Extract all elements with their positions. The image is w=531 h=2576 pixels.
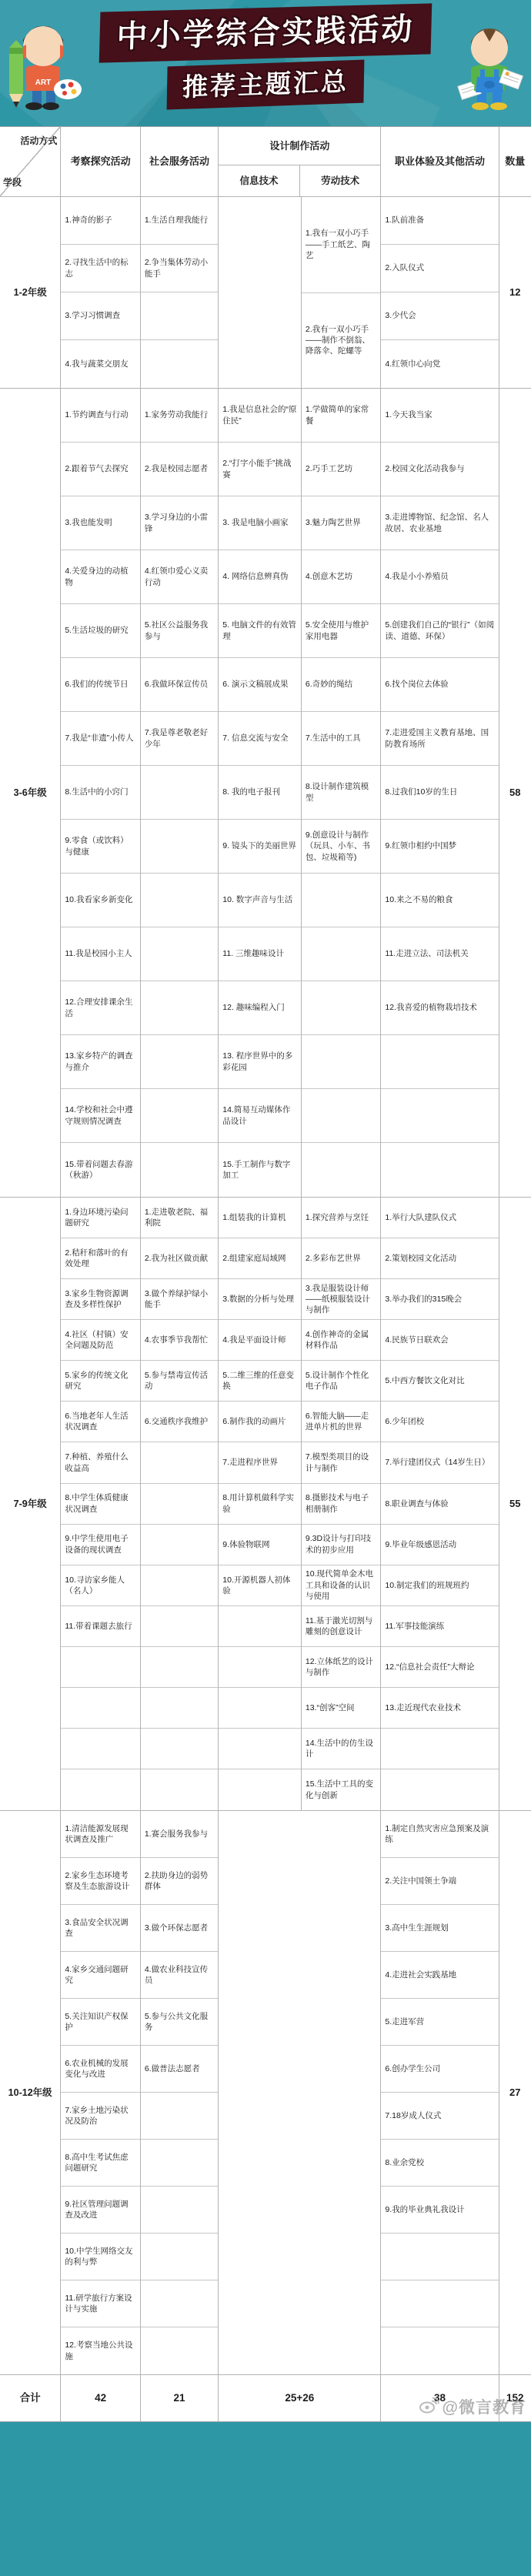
column-career: 1.今天我当家2.校园文化活动我参与3.走进博物馆、纪念馆、名人故居、农业基地4…: [381, 389, 499, 1197]
page: { "banner": { "title_line1": "中小学综合实践活动"…: [0, 0, 531, 2422]
topic-cell: 14.生活中的仿生设计: [302, 1729, 381, 1769]
banner-title-line2: 推荐主题汇总: [167, 59, 365, 109]
empty-cell: [381, 1729, 498, 1769]
topic-cell: 4.民族节日联欢会: [381, 1320, 498, 1361]
column-investigation: 1.神奇的影子2.寻找生活中的标志3.学习习惯调查4.我与蔬菜交朋友: [61, 197, 141, 388]
topic-cell: 2.关注中国领土争端: [381, 1858, 498, 1905]
topic-cell: 1.学做简单的家常餐: [302, 389, 381, 443]
topic-cell: 8.设计制作建筑模型: [302, 766, 381, 820]
header-service: 社会服务活动: [141, 127, 219, 196]
total-investigation: 42: [61, 2375, 141, 2421]
grade-band-label: 3-6年级: [0, 389, 61, 1197]
empty-cell: [141, 766, 218, 820]
topic-cell: 4.我是小小养殖员: [381, 550, 498, 604]
topic-cell: 12.合理安排课余生活: [61, 981, 140, 1035]
topic-cell: 4.红领巾爱心义卖行动: [141, 550, 218, 604]
topic-cell: 7.种植、养殖什么收益高: [61, 1442, 140, 1483]
empty-cell: [302, 1143, 381, 1197]
topic-cell: 6.制作我的动画片: [219, 1402, 301, 1442]
topic-cell: 10.中学生网络交友的利与弊: [61, 2234, 140, 2280]
topic-cell: 10.现代简单金木电工具和设备的认识与使用: [302, 1565, 381, 1606]
topic-cell: 2.多彩布艺世界: [302, 1238, 381, 1279]
empty-cell: [381, 1035, 498, 1089]
topic-cell: 2.寻找生活中的标志: [61, 245, 140, 292]
band-quantity: 58: [499, 389, 531, 1197]
empty-cell: [381, 2327, 498, 2374]
banner-title-line1: 中小学综合实践活动: [99, 3, 432, 62]
topic-cell: 13. 程序世界中的多彩花园: [219, 1035, 301, 1089]
empty-cell: [381, 1769, 498, 1810]
table-body: 1-2年级1.神奇的影子2.寻找生活中的标志3.学习习惯调查4.我与蔬菜交朋友1…: [0, 197, 531, 2375]
grade-band: 7-9年级1.身边环境污染问题研究2.秸秆和落叶的有效处理3.家乡生物资源调查及…: [0, 1198, 531, 1811]
topic-cell: 8. 我的电子报刊: [219, 766, 301, 820]
empty-cell: [302, 981, 381, 1035]
header-investigation: 考察探究活动: [61, 127, 141, 196]
topic-cell: 6.奇妙的绳结: [302, 658, 381, 712]
topic-cell: 4.社区（村镇）安全问题及防范: [61, 1320, 140, 1361]
empty-cell: [219, 1647, 301, 1688]
empty-cell: [219, 197, 301, 388]
topic-cell: 12.立体纸艺的设计与制作: [302, 1647, 381, 1688]
topic-cell: 7.18岁成人仪式: [381, 2093, 498, 2140]
topic-cell: 2.争当集体劳动小能手: [141, 245, 218, 292]
table-header: 活动方式 学段 考察探究活动 社会服务活动 设计制作活动 信息技术 劳动技术 职…: [0, 127, 531, 197]
topic-cell: 9.社区管理问题调查及改进: [61, 2187, 140, 2234]
topic-cell: 3.高中生生涯规划: [381, 1905, 498, 1952]
topic-cell: 3.我是服装设计师——纸模服装设计与制作: [302, 1279, 381, 1320]
grade-band: 3-6年级1.节约调查与行动2.跟着节气去探究3.我也能发明4.关爱身边的动植物…: [0, 389, 531, 1198]
band-quantity: 55: [499, 1198, 531, 1810]
topic-cell: 12.我喜爱的植物栽培技术: [381, 981, 498, 1035]
total-service: 21: [141, 2375, 219, 2421]
topic-cell: 2.“打字小能手”挑战赛: [219, 443, 301, 496]
topic-cell: 2.巧手工艺坊: [302, 443, 381, 496]
empty-cell: [381, 1143, 498, 1197]
topic-cell: 7.举行建团仪式（14岁生日）: [381, 1442, 498, 1483]
topic-cell: 8.高中生考试焦虑问题研究: [61, 2140, 140, 2187]
grade-band-label: 7-9年级: [0, 1198, 61, 1810]
empty-cell: [141, 927, 218, 981]
topic-cell: 5.走进军营: [381, 1999, 498, 2046]
topic-cell: 5.生活垃圾的研究: [61, 604, 140, 658]
empty-cell: [141, 2327, 218, 2374]
topic-cell: 5.创建我们自己的“银行”（如阅读、道德、环保）: [381, 604, 498, 658]
topic-cell: 3.家乡生物资源调查及多样性保护: [61, 1279, 140, 1320]
topic-cell: 13.家乡特产的调查与推介: [61, 1035, 140, 1089]
topic-cell: 8.过我们10岁的生日: [381, 766, 498, 820]
empty-cell: [302, 927, 381, 981]
topic-cell: 1.节约调查与行动: [61, 389, 140, 443]
empty-cell: [141, 1484, 218, 1525]
column-info-tech: [219, 197, 302, 388]
column-labor-tech: 1.探究营养与烹饪2.多彩布艺世界3.我是服装设计师——纸模服装设计与制作4.创…: [302, 1198, 382, 1810]
empty-cell: [141, 292, 218, 340]
grade-band: 1-2年级1.神奇的影子2.寻找生活中的标志3.学习习惯调查4.我与蔬菜交朋友1…: [0, 197, 531, 389]
grade-band-label: 1-2年级: [0, 197, 61, 388]
topic-cell: 9.红领巾相约中国梦: [381, 820, 498, 874]
topic-cell: 4.我是平面设计师: [219, 1320, 301, 1361]
topic-cell: 2.家乡生态环境考察及生态旅游设计: [61, 1858, 140, 1905]
topic-cell: 5.安全使用与维护家用电器: [302, 604, 381, 658]
empty-cell: [141, 1525, 218, 1565]
topic-cell: 1.身边环境污染问题研究: [61, 1198, 140, 1238]
topic-cell: 3.少代会: [381, 292, 498, 340]
topic-cell: 7.模型类项目的设计与制作: [302, 1442, 381, 1483]
empty-cell: [141, 1729, 218, 1769]
topic-cell: 6.做普法志愿者: [141, 2046, 218, 2093]
topic-cell: 7.我是尊老敬老好少年: [141, 712, 218, 766]
empty-cell: [141, 340, 218, 388]
empty-cell: [61, 1688, 140, 1729]
topic-cell: 4.农事季节我帮忙: [141, 1320, 218, 1361]
column-info-tech: 1.组装我的计算机2.组建家庭局域网3.数据的分析与处理4.我是平面设计师5.二…: [219, 1198, 302, 1810]
empty-cell: [381, 1089, 498, 1143]
topic-cell: 2.我为社区做贡献: [141, 1238, 218, 1279]
total-label: 合计: [0, 2375, 61, 2421]
topic-cell: 3.我也能发明: [61, 496, 140, 550]
topic-cell: 5. 电脑文件的有效管理: [219, 604, 301, 658]
topic-cell: 11.基于激光切割与雕刻的创意设计: [302, 1606, 381, 1647]
empty-cell: [141, 1035, 218, 1089]
total-career: 38: [381, 2375, 499, 2421]
empty-cell: [141, 1688, 218, 1729]
topic-cell: 11.我是校园小主人: [61, 927, 140, 981]
empty-cell: [141, 2234, 218, 2280]
topic-cell: 10.来之不易的粮食: [381, 874, 498, 927]
overalls-student-mascot: [453, 22, 526, 119]
column-career: 1.制定自然灾害应急预案及演练2.关注中国领土争端3.高中生生涯规划4.走进社会…: [381, 1811, 499, 2374]
topic-cell: 1.探究营养与烹饪: [302, 1198, 381, 1238]
topic-cell: 3.举办我们的315晚会: [381, 1279, 498, 1320]
topic-cell: 12.考察当地公共设施: [61, 2327, 140, 2374]
empty-cell: [141, 2140, 218, 2187]
header-career: 职业体验及其他活动: [381, 127, 499, 196]
column-service: 1.赛会服务我参与2.扶助身边的弱势群体3.做个环保志愿者4.做农业科技宣传员5…: [141, 1811, 219, 2374]
empty-cell: [141, 1606, 218, 1647]
empty-cell: [141, 1442, 218, 1483]
empty-cell: [61, 1769, 140, 1810]
topic-cell: 10.开源机器人初体验: [219, 1565, 301, 1606]
empty-cell: [61, 1729, 140, 1769]
summary-table: 活动方式 学段 考察探究活动 社会服务活动 设计制作活动 信息技术 劳动技术 职…: [0, 126, 531, 2422]
topic-cell: 5.社区公益服务我参与: [141, 604, 218, 658]
topic-cell: 8.职业调查与体验: [381, 1484, 498, 1525]
topic-cell: 12.“信息社会责任”大辩论: [381, 1647, 498, 1688]
topic-cell: 7.走进爱国主义教育基地、国防教育场所: [381, 712, 498, 766]
topic-cell: 2.我是校园志愿者: [141, 443, 218, 496]
topic-cell: 4.关爱身边的动植物: [61, 550, 140, 604]
empty-cell: [141, 2280, 218, 2327]
topic-cell: 12. 趣味编程入门: [219, 981, 301, 1035]
topic-cell: 3. 我是电脑小画家: [219, 496, 301, 550]
grade-band-label: 10-12年级: [0, 1811, 61, 2374]
topic-cell: 3.食品安全状况调查: [61, 1905, 140, 1952]
topic-cell: 6.农业机械的发展变化与改进: [61, 2046, 140, 2093]
empty-cell: [219, 1729, 301, 1769]
topic-cell: 2.策划校园文化活动: [381, 1238, 498, 1279]
topic-cell: 11.军事技能演练: [381, 1606, 498, 1647]
topic-cell: 9.3D设计与打印技术的初步应用: [302, 1525, 381, 1565]
topic-cell: 5.设计制作个性化电子作品: [302, 1361, 381, 1402]
topic-cell: 2.秸秆和落叶的有效处理: [61, 1238, 140, 1279]
empty-cell: [141, 2093, 218, 2140]
topic-cell: 2.扶助身边的弱势群体: [141, 1858, 218, 1905]
topic-cell: 9.体验物联网: [219, 1525, 301, 1565]
column-service: 1.生活自理我能行2.争当集体劳动小能手: [141, 197, 219, 388]
topic-cell: 10.制定我们的班规班约: [381, 1565, 498, 1606]
total-row: 合计 42 21 25+26 38 152 @微言教育: [0, 2375, 531, 2422]
corner-activity-type-label: 活动方式: [20, 135, 57, 147]
topic-cell: 5.家乡的传统文化研究: [61, 1361, 140, 1402]
topic-cell: 3.学习身边的小雷锋: [141, 496, 218, 550]
header-design-group: 设计制作活动 信息技术 劳动技术: [219, 127, 381, 196]
topic-cell: 9.零食（或饮料）与健康: [61, 820, 140, 874]
topic-cell: 3.走进博物馆、纪念馆、名人故居、农业基地: [381, 496, 498, 550]
topic-cell: 6.少年团校: [381, 1402, 498, 1442]
topic-cell: 6.我做环保宣传员: [141, 658, 218, 712]
topic-cell: 13.“创客”空间: [302, 1688, 381, 1729]
topic-cell: 14.学校和社会中遵守规则情况调查: [61, 1089, 140, 1143]
topic-cell: 4.走进社会实践基地: [381, 1952, 498, 1999]
topic-cell: 3.魅力陶艺世界: [302, 496, 381, 550]
topic-cell: 1.举行大队建队仪式: [381, 1198, 498, 1238]
column-design-merged: [219, 1811, 381, 2374]
topic-cell: 4. 网络信息辨真伪: [219, 550, 301, 604]
topic-cell: 5.参与禁毒宣传活动: [141, 1361, 218, 1402]
column-labor-tech: 1.学做简单的家常餐2.巧手工艺坊3.魅力陶艺世界4.创意木艺坊5.安全使用与维…: [302, 389, 382, 1197]
column-investigation: 1.身边环境污染问题研究2.秸秆和落叶的有效处理3.家乡生物资源调查及多样性保护…: [61, 1198, 141, 1810]
topic-cell: 1.清洁能源发展现状调查及推广: [61, 1811, 140, 1858]
banner: ART: [0, 0, 531, 126]
topic-cell: 1.制定自然灾害应急预案及演练: [381, 1811, 498, 1858]
topic-cell: 5.中西方餐饮文化对比: [381, 1361, 498, 1402]
topic-cell: 9.我的毕业典礼我设计: [381, 2187, 498, 2234]
topic-cell: 3.数据的分析与处理: [219, 1279, 301, 1320]
topic-cell: 8.中学生体质健康状况调查: [61, 1484, 140, 1525]
topic-cell: 5.参与公共文化服务: [141, 1999, 218, 2046]
topic-cell: 6.我们的传统节日: [61, 658, 140, 712]
topic-cell: 4.家乡交通问题研究: [61, 1952, 140, 1999]
topic-cell: 1.神奇的影子: [61, 197, 140, 245]
topic-cell: 2.我有一双小巧手——制作不倒翁、降落伞、陀螺等: [302, 293, 381, 389]
column-labor-tech: 1.我有一双小巧手——手工纸艺、陶艺2.我有一双小巧手——制作不倒翁、降落伞、陀…: [302, 197, 382, 388]
corner-grade-label: 学段: [3, 176, 22, 189]
topic-cell: 4.创作神奇的金属材料作品: [302, 1320, 381, 1361]
header-quantity: 数量: [499, 127, 531, 196]
topic-cell: 8.业余党校: [381, 2140, 498, 2187]
topic-cell: 8.用计算机做科学实验: [219, 1484, 301, 1525]
topic-cell: 7.家乡土地污染状况及防治: [61, 2093, 140, 2140]
topic-cell: 15.生活中工具的变化与创新: [302, 1769, 381, 1810]
topic-cell: 6.创办学生公司: [381, 2046, 498, 2093]
empty-cell: [219, 1811, 380, 2374]
empty-cell: [219, 1606, 301, 1647]
topic-cell: 14.简易互动媒体作品设计: [219, 1089, 301, 1143]
topic-cell: 1.生活自理我能行: [141, 197, 218, 245]
corner-cell: 活动方式 学段: [0, 127, 61, 196]
empty-cell: [141, 820, 218, 874]
topic-cell: 10.我看家乡新变化: [61, 874, 140, 927]
empty-cell: [302, 874, 381, 927]
topic-cell: 9.毕业年级感恩活动: [381, 1525, 498, 1565]
empty-cell: [302, 1089, 381, 1143]
topic-cell: 11.带着课题去旅行: [61, 1606, 140, 1647]
topic-cell: 1.今天我当家: [381, 389, 498, 443]
svg-text:ART: ART: [35, 79, 52, 87]
column-career: 1.队前准备2.入队仪式3.少代会4.红领巾心向党: [381, 197, 499, 388]
topic-cell: 15.手工制作与数字加工: [219, 1143, 301, 1197]
empty-cell: [141, 1647, 218, 1688]
header-design: 设计制作活动: [219, 127, 380, 165]
empty-cell: [141, 1089, 218, 1143]
empty-cell: [381, 2234, 498, 2280]
topic-cell: 8.摄影技术与电子相册制作: [302, 1484, 381, 1525]
column-service: 1.家务劳动我能行2.我是校园志愿者3.学习身边的小雷锋4.红领巾爱心义卖行动5…: [141, 389, 219, 1197]
topic-cell: 7.走进程序世界: [219, 1442, 301, 1483]
art-student-mascot: ART: [3, 17, 83, 119]
topic-cell: 11.研学旅行方案设计与实施: [61, 2280, 140, 2327]
topic-cell: 6.找个岗位去体验: [381, 658, 498, 712]
topic-cell: 10.寻访家乡能人（名人）: [61, 1565, 140, 1606]
topic-cell: 1.赛会服务我参与: [141, 1811, 218, 1858]
band-quantity: 27: [499, 1811, 531, 2374]
total-quantity: 152: [499, 2375, 531, 2421]
empty-cell: [61, 1647, 140, 1688]
empty-cell: [219, 1688, 301, 1729]
empty-cell: [141, 1143, 218, 1197]
topic-cell: 11.走进立法、司法机关: [381, 927, 498, 981]
topic-cell: 8.生活中的小窍门: [61, 766, 140, 820]
topic-cell: 1.组装我的计算机: [219, 1198, 301, 1238]
topic-cell: 3.学习习惯调查: [61, 292, 140, 340]
empty-cell: [381, 2280, 498, 2327]
topic-cell: 7.生活中的工具: [302, 712, 381, 766]
topic-cell: 4.创意木艺坊: [302, 550, 381, 604]
topic-cell: 13.走近现代农业技术: [381, 1688, 498, 1729]
topic-cell: 10. 数字声音与生活: [219, 874, 301, 927]
column-service: 1.走进敬老院、福利院2.我为社区做贡献3.做个养绿护绿小能手4.农事季节我帮忙…: [141, 1198, 219, 1810]
topic-cell: 9.创意设计与制作（玩具、小车、书包、垃圾箱等): [302, 820, 381, 874]
column-investigation: 1.节约调查与行动2.跟着节气去探究3.我也能发明4.关爱身边的动植物5.生活垃…: [61, 389, 141, 1197]
topic-cell: 1.队前准备: [381, 197, 498, 245]
topic-cell: 15.带着问题去春游（秋游）: [61, 1143, 140, 1197]
topic-cell: 3.做个养绿护绿小能手: [141, 1279, 218, 1320]
topic-cell: 9.中学生使用电子设备的现状调查: [61, 1525, 140, 1565]
empty-cell: [141, 2187, 218, 2234]
total-design: 25+26: [219, 2375, 381, 2421]
grade-band: 10-12年级1.清洁能源发展现状调查及推广2.家乡生态环境考察及生态旅游设计3…: [0, 1811, 531, 2375]
column-investigation: 1.清洁能源发展现状调查及推广2.家乡生态环境考察及生态旅游设计3.食品安全状况…: [61, 1811, 141, 2374]
empty-cell: [302, 1035, 381, 1089]
column-career: 1.举行大队建队仪式2.策划校园文化活动3.举办我们的315晚会4.民族节日联欢…: [381, 1198, 499, 1810]
topic-cell: 1.我有一双小巧手——手工纸艺、陶艺: [302, 197, 381, 293]
header-labor-tech: 劳动技术: [300, 165, 381, 196]
band-quantity: 12: [499, 197, 531, 388]
topic-cell: 1.我是信息社会的“原住民”: [219, 389, 301, 443]
topic-cell: 4.我与蔬菜交朋友: [61, 340, 140, 388]
topic-cell: 2.跟着节气去探究: [61, 443, 140, 496]
topic-cell: 6.智能大脑——走进单片机的世界: [302, 1402, 381, 1442]
topic-cell: 3.做个环保志愿者: [141, 1905, 218, 1952]
topic-cell: 9. 镜头下的美丽世界: [219, 820, 301, 874]
empty-cell: [141, 874, 218, 927]
topic-cell: 11. 三维趣味设计: [219, 927, 301, 981]
topic-cell: 4.红领巾心向党: [381, 340, 498, 388]
topic-cell: 7. 信息交流与安全: [219, 712, 301, 766]
topic-cell: 1.走进敬老院、福利院: [141, 1198, 218, 1238]
topic-cell: 6. 演示文稿展成果: [219, 658, 301, 712]
empty-cell: [141, 1769, 218, 1810]
topic-cell: 6.交通秩序我维护: [141, 1402, 218, 1442]
topic-cell: 2.校园文化活动我参与: [381, 443, 498, 496]
header-info-tech: 信息技术: [219, 165, 300, 196]
topic-cell: 4.做农业科技宣传员: [141, 1952, 218, 1999]
topic-cell: 2.入队仪式: [381, 245, 498, 292]
column-info-tech: 1.我是信息社会的“原住民”2.“打字小能手”挑战赛3. 我是电脑小画家4. 网…: [219, 389, 302, 1197]
empty-cell: [219, 1769, 301, 1810]
topic-cell: 7.我是“非遗”小传人: [61, 712, 140, 766]
topic-cell: 1.家务劳动我能行: [141, 389, 218, 443]
topic-cell: 6.当地老年人生活状况调查: [61, 1402, 140, 1442]
empty-cell: [141, 981, 218, 1035]
empty-cell: [141, 1565, 218, 1606]
topic-cell: 2.组建家庭局域网: [219, 1238, 301, 1279]
topic-cell: 5.二维三维的任意变换: [219, 1361, 301, 1402]
topic-cell: 5.关注知识产权保护: [61, 1999, 140, 2046]
